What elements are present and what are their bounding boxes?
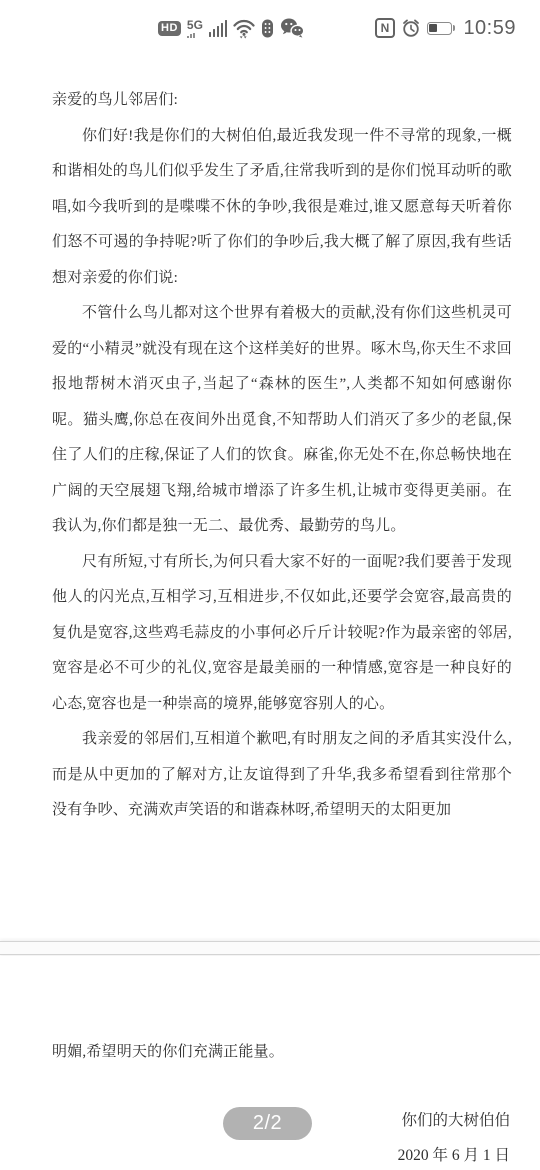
letter-paragraph-2: 不管什么鸟儿都对这个世界有着极大的贡献,没有你们这些机灵可爱的“小精灵”就没有现…: [52, 296, 512, 545]
letter-signature: 你们的大树伯伯: [398, 1103, 510, 1138]
document-page-1: 亲爱的鸟儿邻居们: 你们好!我是你们的大树伯伯,最近我发现一件不寻常的现象,一概…: [0, 50, 540, 941]
page-separator: [0, 941, 540, 955]
document-viewer[interactable]: 亲爱的鸟儿邻居们: 你们好!我是你们的大树伯伯,最近我发现一件不寻常的现象,一概…: [0, 0, 540, 1170]
phone-screen: HD 5G: [0, 0, 540, 1170]
letter-date: 2020 年 6 月 1 日: [398, 1138, 510, 1170]
letter-paragraph-4: 我亲爱的邻居们,互相道个歉吧,有时朋友之间的矛盾其实没什么,而是从中更加的了解对…: [52, 722, 512, 829]
letter-paragraph-1: 你们好!我是你们的大树伯伯,最近我发现一件不寻常的现象,一概和谐相处的鸟儿们似乎…: [52, 119, 512, 297]
page-indicator-badge: 2/2: [223, 1107, 312, 1140]
letter-paragraph-3: 尺有所短,寸有所长,为何只看大家不好的一面呢?我们要善于发现他人的闪光点,互相学…: [52, 545, 512, 723]
letter-paragraph-4-continuation: 明媚,希望明天的你们充满正能量。: [52, 1035, 512, 1071]
letter-closing: 你们的大树伯伯 2020 年 6 月 1 日: [398, 1103, 510, 1170]
letter-salutation: 亲爱的鸟儿邻居们:: [52, 83, 512, 119]
